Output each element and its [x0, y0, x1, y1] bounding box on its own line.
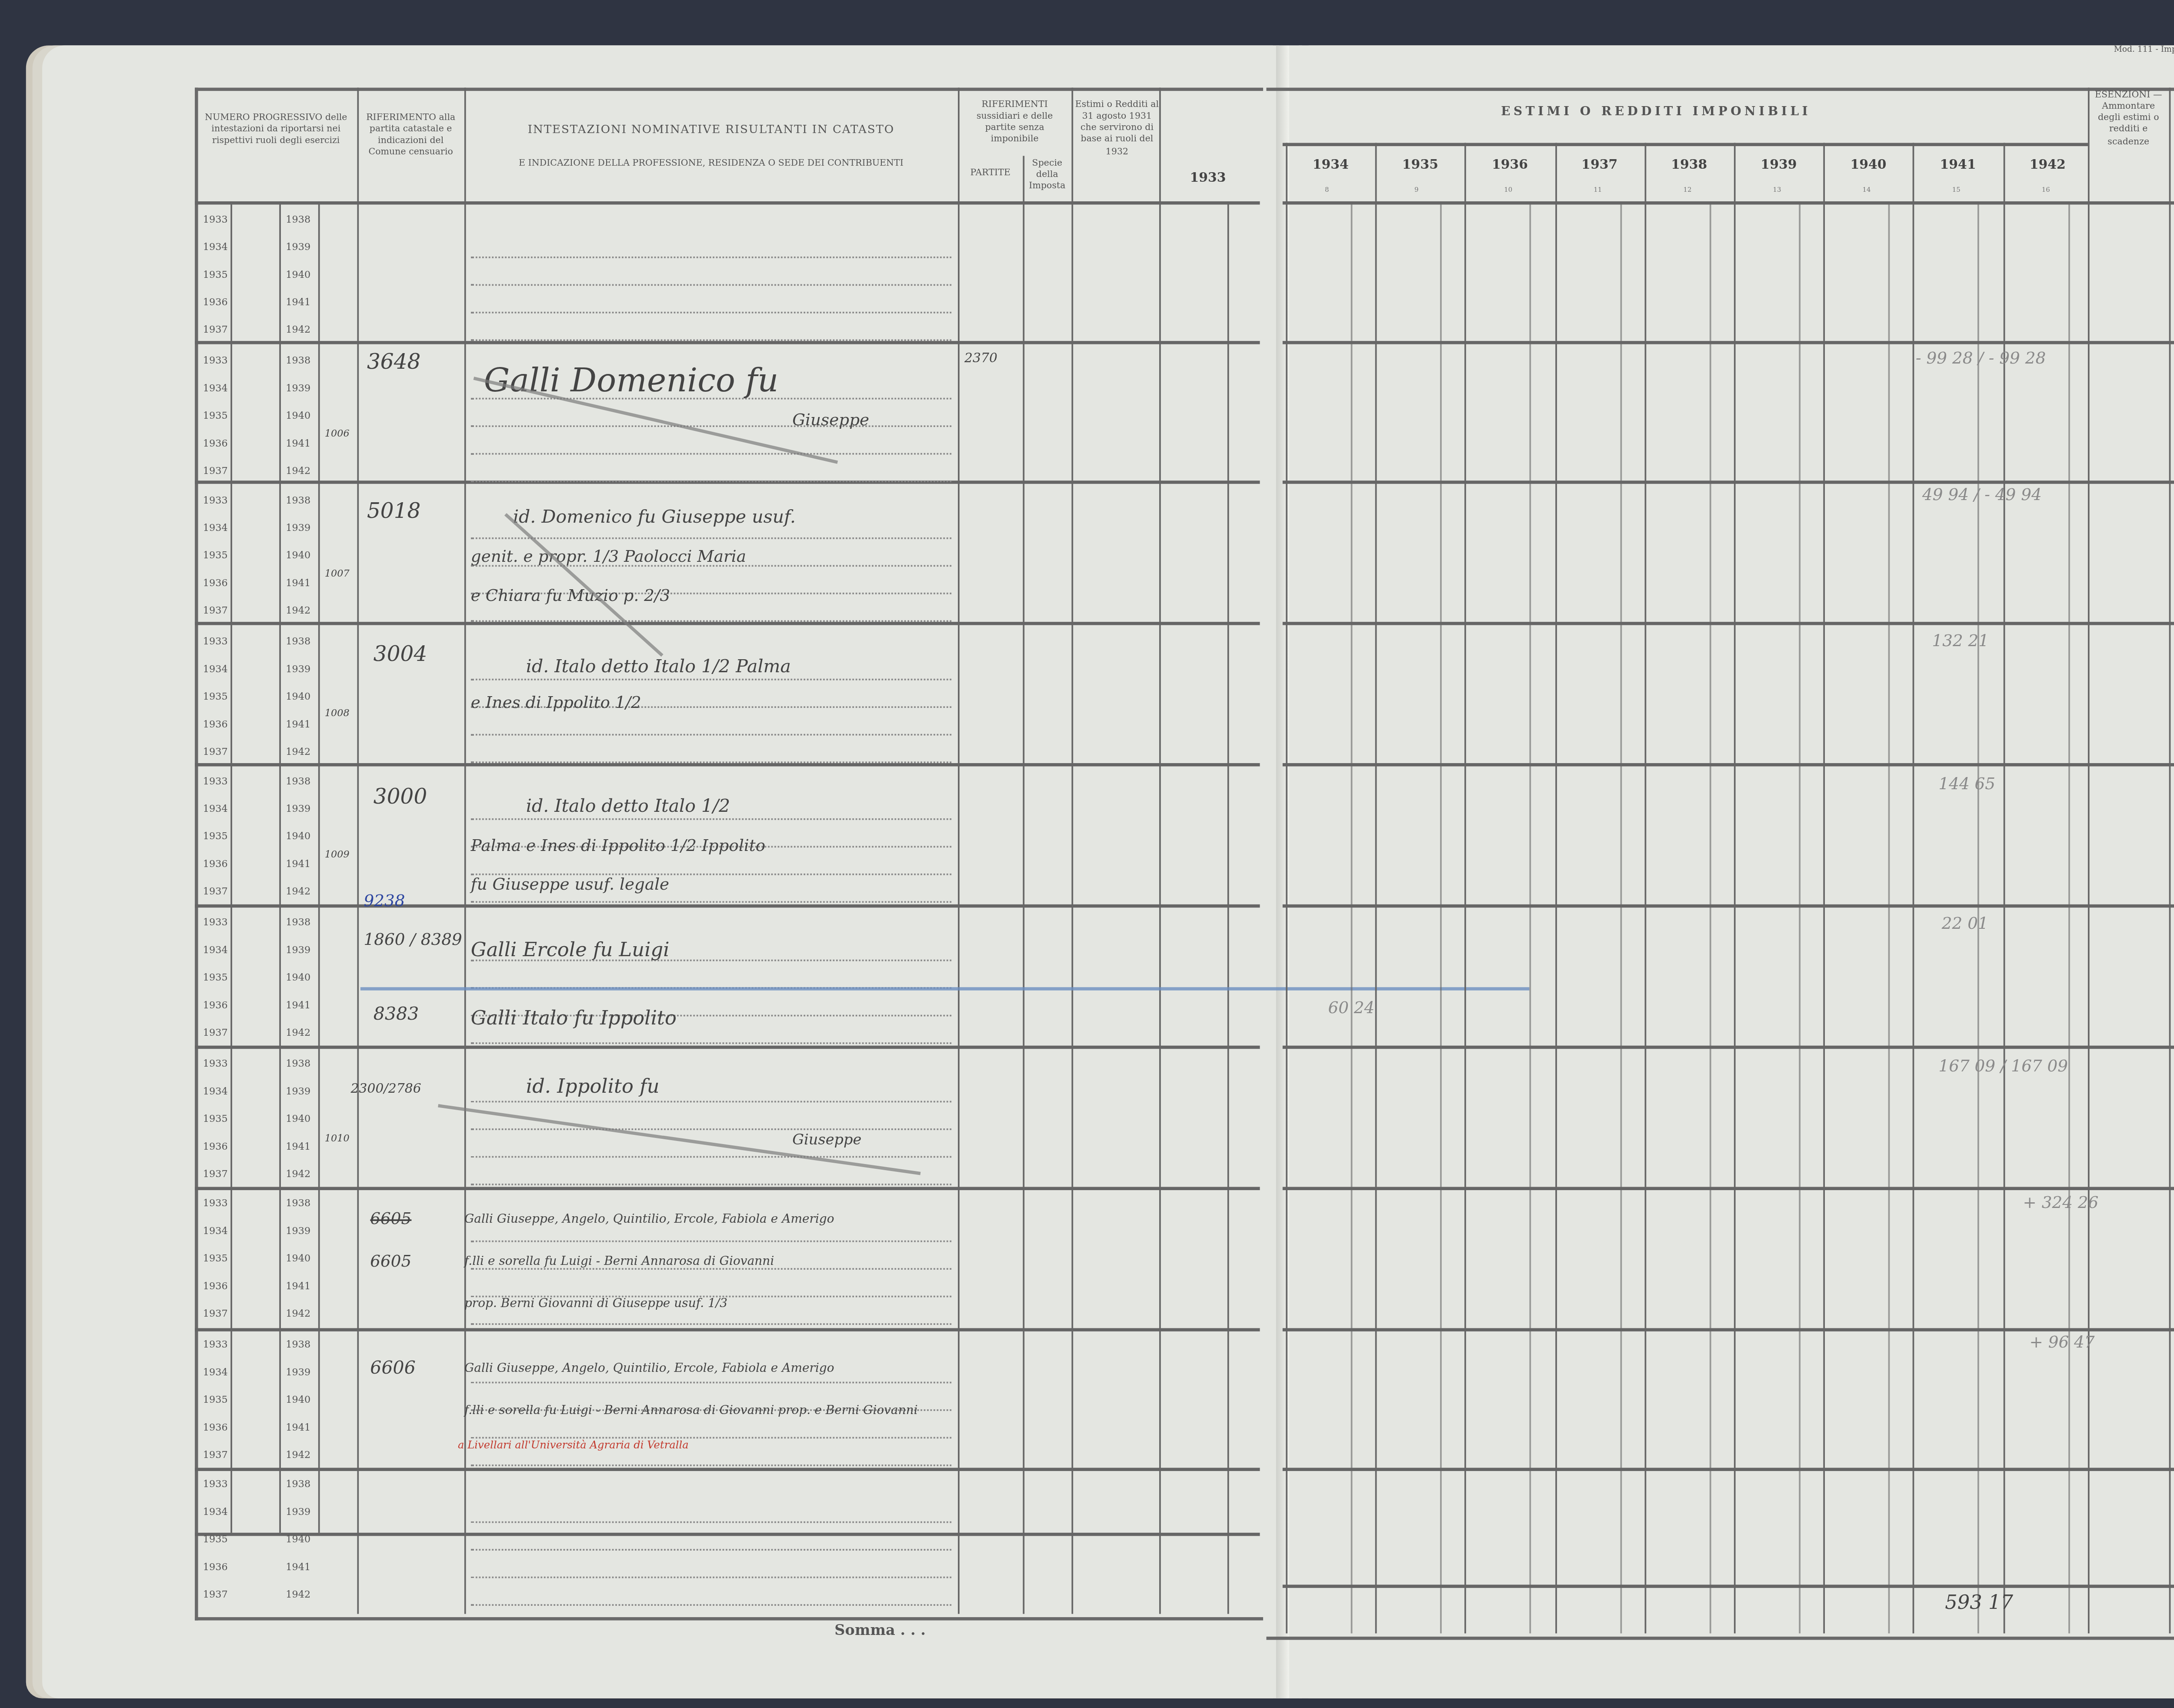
- row-block-divider: [1283, 1187, 2174, 1190]
- header-partite: PARTITE: [961, 169, 1020, 180]
- year-label: 1939: [286, 664, 310, 675]
- column-number: 13: [1773, 185, 1781, 193]
- entry-2-side-number: 1006: [325, 429, 350, 440]
- year-label: 1941: [286, 297, 310, 308]
- entry-8-name-line3: prop. Berni Giovanni di Giuseppe usuf. 1…: [464, 1296, 727, 1311]
- header-esenzioni: ESENZIONI — Ammontare degli estimi o red…: [2091, 91, 2166, 149]
- year-label: 1939: [286, 1508, 310, 1519]
- year-header-1937: 1937: [1555, 156, 1644, 172]
- year-label: 1937: [203, 1450, 228, 1461]
- dotted-ruling: [471, 1324, 951, 1325]
- column-number: 14: [1863, 185, 1871, 193]
- dotted-ruling: [471, 1241, 951, 1242]
- year-label: 1942: [286, 1450, 310, 1461]
- year-label: 1936: [203, 1000, 228, 1011]
- year-label: 1933: [203, 496, 228, 507]
- entry-8-partita-struck: 6605: [370, 1211, 411, 1229]
- year-label: 1936: [203, 1281, 228, 1293]
- value-1941-row4: 132 21: [1932, 633, 1989, 651]
- year-label: 1935: [203, 1535, 228, 1546]
- year-label: 1933: [203, 917, 228, 929]
- year-label: 1936: [203, 860, 228, 871]
- dotted-ruling: [471, 1128, 951, 1130]
- year-label: 1939: [286, 945, 310, 956]
- column-number: 12: [1683, 185, 1691, 193]
- col-divider: [2088, 88, 2090, 1634]
- year-label: 1940: [286, 973, 310, 984]
- year-label: 1940: [286, 1535, 310, 1546]
- year-label: 1936: [203, 438, 228, 449]
- year-label: 1940: [286, 832, 310, 843]
- entry-3-partita: 5018: [367, 500, 421, 524]
- year-label: 1939: [286, 1226, 310, 1238]
- year-header-1942: 1942: [2003, 156, 2092, 172]
- dotted-ruling: [471, 452, 951, 454]
- entry-3-name-line1: id. Domenico fu Giuseppe usuf.: [513, 507, 796, 528]
- value-1941-row5: 144 65: [1938, 776, 1995, 794]
- year-label: 1942: [286, 887, 310, 898]
- row-block-divider: [1283, 763, 2174, 766]
- dotted-ruling: [471, 819, 951, 821]
- year-label: 1933: [203, 777, 228, 788]
- dotted-ruling: [471, 538, 951, 540]
- col-divider: [1824, 143, 1825, 1634]
- year-label: 1939: [286, 242, 310, 253]
- entry-7-name-line2: Giuseppe: [792, 1133, 861, 1149]
- cents-divider: [1530, 201, 1532, 1633]
- year-label: 1934: [203, 523, 228, 534]
- year-label: 1934: [203, 664, 228, 675]
- year-label: 1935: [203, 691, 228, 703]
- col-divider: [1734, 143, 1736, 1634]
- dotted-ruling: [471, 1437, 951, 1438]
- row-block-divider: [195, 763, 1260, 766]
- header-divider: [195, 201, 1260, 204]
- year-label: 1933: [203, 1339, 228, 1351]
- col-divider: [1159, 88, 1161, 1614]
- form-id: Mod. 111 - Imposte Dirette (Intercalare)…: [2114, 46, 2174, 55]
- year-label: 1934: [203, 383, 228, 394]
- entry-6-name-line1: Galli Ercole fu Luigi: [471, 938, 670, 961]
- year-label: 1941: [286, 860, 310, 871]
- year-label: 1939: [286, 523, 310, 534]
- year-label: 1934: [203, 1086, 228, 1097]
- row-block-divider: [1283, 1046, 2174, 1048]
- year-label: 1933: [203, 214, 228, 226]
- row-block-divider: [1283, 1328, 2174, 1331]
- row-block-divider: [1283, 480, 2174, 483]
- col-divider: [1555, 143, 1557, 1634]
- year-label: 1938: [286, 1480, 310, 1491]
- year-label: 1938: [286, 214, 310, 226]
- year-label: 1934: [203, 1367, 228, 1378]
- entry-8-name-line2: f.lli e sorella fu Luigi - Berni Annaros…: [464, 1254, 774, 1268]
- value-1941-row3: 49 94 / - 49 94: [1922, 487, 2042, 505]
- year-label: 1942: [286, 1168, 310, 1180]
- year-label: 1933: [203, 1198, 228, 1210]
- year-label: 1941: [286, 438, 310, 449]
- year-label: 1934: [203, 804, 228, 816]
- year-label: 1935: [203, 1254, 228, 1265]
- header-divider: [1283, 143, 2088, 146]
- col-divider: [1465, 143, 1467, 1634]
- year-label: 1942: [286, 1309, 310, 1320]
- year-label: 1936: [203, 719, 228, 730]
- year-label: 1937: [203, 1028, 228, 1039]
- entry-8-name-line1: Galli Giuseppe, Angelo, Quintilio, Ercol…: [464, 1211, 834, 1226]
- year-label: 1935: [203, 973, 228, 984]
- entry-9-name-line2: f.lli e sorella fu Luigi - Berni Annaros…: [464, 1403, 918, 1418]
- entry-2-partita: 3648: [367, 351, 421, 375]
- row-block-divider: [1283, 341, 2174, 344]
- row-block-divider: [1283, 1468, 2174, 1471]
- year-label: 1934: [203, 1226, 228, 1238]
- dotted-ruling: [471, 1550, 951, 1551]
- year-label: 1937: [203, 1168, 228, 1180]
- row-block-divider: [195, 1187, 1260, 1190]
- dotted-ruling: [471, 678, 951, 680]
- year-label: 1937: [203, 747, 228, 758]
- year-label: 1940: [286, 410, 310, 421]
- col-divider: [1913, 143, 1915, 1634]
- year-label: 1939: [286, 383, 310, 394]
- column-number: 9: [1414, 185, 1419, 193]
- col-divider: [1375, 143, 1377, 1634]
- year-label: 1941: [286, 1000, 310, 1011]
- dotted-ruling: [471, 620, 951, 622]
- year-label: 1940: [286, 1113, 310, 1124]
- ledger-scan: NUMERO PROGRESSIVO delle intestazioni da…: [0, 0, 2174, 1708]
- year-label: 1942: [286, 325, 310, 336]
- year-label: 1938: [286, 1058, 310, 1069]
- year-label: 1939: [286, 1086, 310, 1097]
- year-label: 1941: [286, 1281, 310, 1293]
- header-annotazioni: ANNOTAZIONI: [2172, 117, 2174, 132]
- year-label: 1934: [203, 945, 228, 956]
- total-divider: [1283, 1585, 2174, 1587]
- year-header-1941: 1941: [1913, 156, 2003, 172]
- col-divider: [1023, 156, 1024, 1614]
- entry-2-partite-value: 2370: [964, 351, 997, 366]
- column-number: 10: [1504, 185, 1512, 193]
- col-divider: [958, 88, 960, 1614]
- year-label: 1934: [203, 1508, 228, 1519]
- year-label: 1938: [286, 777, 310, 788]
- col-divider: [1644, 143, 1646, 1634]
- year-label: 1936: [203, 297, 228, 308]
- dotted-ruling: [471, 1268, 951, 1270]
- year-header-1935: 1935: [1375, 156, 1465, 172]
- year-label: 1936: [203, 578, 228, 590]
- col-divider: [1227, 201, 1229, 1614]
- year-label: 1933: [203, 1480, 228, 1491]
- year-label: 1935: [203, 1113, 228, 1124]
- entry-8-partita: 6605: [370, 1254, 411, 1271]
- year-label: 1938: [286, 1339, 310, 1351]
- entry-5-side-number: 1009: [325, 849, 350, 861]
- dotted-ruling: [471, 480, 951, 482]
- year-label: 1938: [286, 636, 310, 647]
- year-label: 1935: [203, 270, 228, 281]
- year-label: 1940: [286, 1394, 310, 1406]
- entry-7-partita: 2300/2786: [351, 1081, 421, 1096]
- year-label: 1940: [286, 691, 310, 703]
- col-divider: [357, 88, 359, 1614]
- entry-2-name-line1: Galli Domenico fu: [484, 360, 779, 400]
- year-label: 1934: [203, 242, 228, 253]
- header-riferimenti-sussidiari: RIFERIMENTI sussidiari e delle partite s…: [961, 101, 1068, 147]
- cents-divider: [1440, 201, 1442, 1633]
- dotted-ruling: [471, 874, 951, 876]
- dotted-ruling: [471, 734, 951, 735]
- dotted-ruling: [471, 1464, 951, 1466]
- year-label: 1940: [286, 551, 310, 562]
- cents-divider: [1888, 201, 1890, 1633]
- value-1941-row2: - 99 28 / - 99 28: [1916, 351, 2046, 369]
- dotted-ruling: [471, 1183, 951, 1185]
- dotted-ruling: [471, 1155, 951, 1157]
- year-label: 1937: [203, 606, 228, 617]
- row-block-divider: [1283, 904, 2174, 907]
- row-block-divider: [195, 622, 1260, 624]
- header-numero-progressivo: NUMERO PROGRESSIVO delle intestazioni da…: [198, 113, 354, 148]
- value-1941-row6: 22 01: [1942, 916, 1988, 934]
- year-label: 1936: [203, 1563, 228, 1574]
- dotted-ruling: [471, 761, 951, 763]
- year-label: 1935: [203, 551, 228, 562]
- col-divider: [318, 201, 320, 1533]
- entry-4-partita: 3004: [373, 643, 427, 667]
- year-label: 1942: [286, 1028, 310, 1039]
- row-block-divider: [195, 1328, 1260, 1331]
- cents-divider: [1351, 201, 1353, 1633]
- entry-9-red-note: a Livellari all'Università Agraria di Ve…: [458, 1438, 689, 1451]
- year-label: 1933: [203, 355, 228, 366]
- entry-3-name-line3: e Chiara fu Muzio p. 2/3: [471, 588, 670, 606]
- year-label: 1935: [203, 410, 228, 421]
- year-label: 1941: [286, 719, 310, 730]
- year-label: 1942: [286, 1590, 310, 1601]
- entry-6-partita: 1860 / 8389: [363, 932, 462, 950]
- year-label: 1938: [286, 1198, 310, 1210]
- dotted-ruling: [471, 257, 951, 258]
- total-1941: 593 17: [1945, 1591, 2013, 1614]
- year-label: 1940: [286, 270, 310, 281]
- value-col17-row8: + 324 26: [2023, 1195, 2099, 1213]
- year-label: 1941: [286, 1141, 310, 1152]
- row-block-divider: [195, 1468, 1260, 1471]
- year-label: 1942: [286, 465, 310, 477]
- col-divider: [2169, 88, 2171, 1634]
- value-col17-row9: + 96 47: [2030, 1334, 2095, 1352]
- value-1934-row6: 60 24: [1328, 1000, 1374, 1018]
- year-label: 1937: [203, 887, 228, 898]
- cents-divider: [1709, 201, 1711, 1633]
- row-block-divider: [195, 341, 1260, 344]
- entry-9-name-line1: Galli Giuseppe, Angelo, Quintilio, Ercol…: [464, 1361, 834, 1375]
- column-number: 15: [1952, 185, 1961, 193]
- year-label: 1940: [286, 1254, 310, 1265]
- row-block-divider: [195, 904, 1260, 907]
- year-label: 1937: [203, 1590, 228, 1601]
- dotted-ruling: [471, 902, 951, 904]
- header-intestazioni: INTESTAZIONI NOMINATIVE RISULTANTI IN CA…: [467, 123, 954, 138]
- year-header-1938: 1938: [1644, 156, 1734, 172]
- col-divider: [1071, 88, 1073, 1614]
- entry-6-name-line2: Galli Italo fu Ippolito: [471, 1007, 677, 1029]
- year-header-1936: 1936: [1465, 156, 1555, 172]
- entry-6-blue-note: 9238: [363, 893, 405, 911]
- dotted-ruling: [471, 1100, 951, 1102]
- entry-7-side-number: 1010: [325, 1133, 350, 1144]
- column-number: 16: [2042, 185, 2050, 193]
- year-label: 1937: [203, 325, 228, 336]
- right-ledger-table: [1267, 88, 2174, 1640]
- col-divider: [464, 88, 466, 1614]
- year-header-1934: 1934: [1286, 156, 1375, 172]
- year-label: 1933: [203, 636, 228, 647]
- row-block-divider: [1283, 622, 2174, 624]
- entry-6-second-partita: 8383: [373, 1004, 419, 1025]
- year-header-1940: 1940: [1824, 156, 1913, 172]
- year-label: 1933: [203, 1058, 228, 1069]
- somma-label: Somma . . .: [834, 1624, 926, 1640]
- col-divider: [279, 201, 281, 1533]
- header-estimi-redditi: ESTIMI O REDDITI IMPONIBILI: [1331, 104, 1981, 120]
- year-label: 1939: [286, 1367, 310, 1378]
- entry-4-side-number: 1008: [325, 708, 350, 719]
- dotted-ruling: [471, 1381, 951, 1383]
- year-label: 1942: [286, 747, 310, 758]
- header-estimi-1931: Estimi o Redditi al 31 agosto 1931 che s…: [1075, 101, 1159, 159]
- entry-5-partita: 3000: [373, 786, 427, 810]
- year-label: 1941: [286, 1563, 310, 1574]
- cents-divider: [2068, 201, 2070, 1633]
- header-divider: [1283, 201, 2174, 204]
- entry-5-name-line3: fu Giuseppe usuf. legale: [471, 877, 669, 894]
- dotted-ruling: [471, 312, 951, 314]
- year-label: 1938: [286, 496, 310, 507]
- header-year-1933: 1933: [1163, 169, 1254, 185]
- year-label: 1937: [203, 1309, 228, 1320]
- cents-divider: [1799, 201, 1801, 1633]
- entry-4-name-line1: id. Italo detto Italo 1/2 Palma: [526, 656, 791, 677]
- entry-7-name-line1: id. Ippolito fu: [526, 1075, 660, 1098]
- year-label: 1938: [286, 917, 310, 929]
- header-professione: E INDICAZIONE DELLA PROFESSIONE, RESIDEN…: [467, 159, 954, 171]
- entry-3-name-line2: genit. e propr. 1/3 Paolocci Maria: [471, 549, 746, 567]
- dotted-ruling: [471, 425, 951, 427]
- dotted-ruling: [471, 1577, 951, 1579]
- col-divider: [230, 201, 232, 1533]
- total-divider: [195, 1533, 1260, 1535]
- dotted-ruling: [471, 339, 951, 341]
- year-label: 1938: [286, 355, 310, 366]
- year-label: 1936: [203, 1141, 228, 1152]
- year-label: 1937: [203, 465, 228, 477]
- year-label: 1936: [203, 1422, 228, 1433]
- year-label: 1939: [286, 804, 310, 816]
- dotted-ruling: [471, 1605, 951, 1607]
- row-block-divider: [195, 1046, 1260, 1048]
- entry-5-name-line1: id. Italo detto Italo 1/2: [526, 796, 730, 817]
- entry-4-name-line2: e Ines di Ippolito 1/2: [471, 695, 641, 713]
- dotted-ruling: [471, 1522, 951, 1524]
- year-label: 1935: [203, 1394, 228, 1406]
- entry-5-name-line2: Palma e Ines di Ippolito 1/2 Ippolito: [471, 838, 765, 856]
- header-riferimento: RIFERIMENTO alla partita catastale e ind…: [360, 113, 461, 160]
- header-specie-imposta: Specie della Imposta: [1023, 159, 1071, 194]
- column-number: 8: [1325, 185, 1329, 193]
- year-label: 1941: [286, 578, 310, 590]
- column-number: 11: [1594, 185, 1602, 193]
- entry-3-side-number: 1007: [325, 568, 350, 580]
- year-header-1939: 1939: [1734, 156, 1824, 172]
- year-label: 1942: [286, 606, 310, 617]
- dotted-ruling: [471, 284, 951, 286]
- year-label: 1935: [203, 832, 228, 843]
- year-label: 1941: [286, 1422, 310, 1433]
- entry-9-partita: 6606: [370, 1358, 416, 1379]
- dotted-ruling: [471, 1042, 951, 1044]
- entry-2-name-line2: Giuseppe: [792, 412, 869, 430]
- cents-divider: [1620, 201, 1621, 1633]
- value-1941-row7: 167 09 / 167 09: [1938, 1059, 2068, 1077]
- col-divider: [1286, 143, 1287, 1634]
